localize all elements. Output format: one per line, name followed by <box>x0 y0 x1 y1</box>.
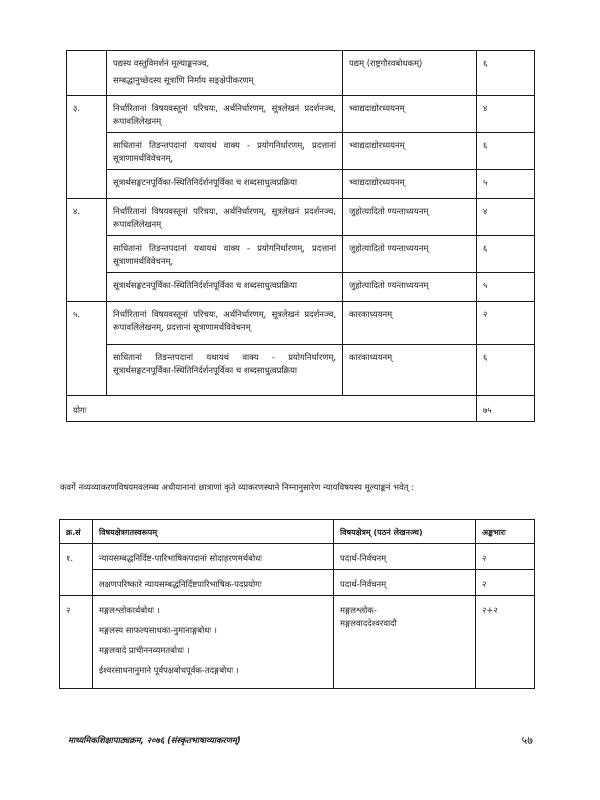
row-content: सूत्रार्थसङ्घटनपूर्विका-स्थितिनिर्दर्शनप… <box>107 273 343 302</box>
row-marks: ६ <box>477 345 535 396</box>
row-topic: भ्वाद्यदाद्योरध्ययनम् <box>343 133 477 170</box>
row-content: निर्धारितानां विषयवस्तूनां परिचयः, अर्थन… <box>107 199 343 236</box>
row-topic: जुहोत्यादितो ण्यन्ताध्ययनम् <box>343 199 477 236</box>
row-number: ४. <box>67 199 107 302</box>
row-content: साधितानां तिङन्तपदानां यथायथं वाक्य - प्… <box>107 133 343 170</box>
total-value: ७५ <box>477 396 535 422</box>
row-marks: ५ <box>477 170 535 199</box>
page-footer: माध्यमिकशिक्षापाठ्यक्रम, २०७६ (संस्कृतभा… <box>68 735 533 746</box>
row-marks: ४ <box>477 96 535 133</box>
row-content: साधितानां तिङन्तपदानां यथायथं वाक्य - प्… <box>107 236 343 273</box>
header-serial: क्र.सं <box>60 520 93 544</box>
row-topic: जुहोत्यादितो ण्यन्ताध्ययनम् <box>343 236 477 273</box>
row-topic: कारकाध्ययनम् <box>343 302 477 345</box>
table-row: साधितानां तिङन्तपदानां यथायथं वाक्य - प्… <box>67 236 535 273</box>
table-row: साधितानां तिङन्तपदानां यथायथं वाक्य - प्… <box>67 345 535 396</box>
row-marks: ६ <box>477 133 535 170</box>
nyaya-evaluation-paragraph: कवर्गे नव्यव्याकरणविषयमवलम्ब्य अधीयानाना… <box>60 480 536 495</box>
row-topic: पद्यम् (राष्ट्रगौरवबोधकम्) <box>343 51 477 96</box>
row-marks: २ <box>477 302 535 345</box>
table-row: लक्षणपरिष्कारे न्यायसम्बद्धनिर्दिष्टपारि… <box>60 570 535 596</box>
row-topic: मङ्गलश्लोक- मङ्गलवाददेश्वरवादौ <box>334 596 476 689</box>
document-page: पद्यस्य वस्तुविमर्शनं मूल्याङ्कनञ्च, सम्… <box>0 0 600 800</box>
table-row: ३. निर्धारितानां विषयवस्तूनां परिचयः, अर… <box>67 96 535 133</box>
row-content: निर्धारितानां विषयवस्तूनां परिचयः, अर्थन… <box>107 96 343 133</box>
row-topic: भ्वाद्यदाद्योरध्ययनम् <box>343 96 477 133</box>
row-content: लक्षणपरिष्कारे न्यायसम्बद्धनिर्दिष्टपारि… <box>93 570 334 596</box>
row-topic: कारकाध्ययनम् <box>343 345 477 396</box>
table-row: २ मङ्गलश्लोकार्थबोधः । मङ्गलस्य साफल्यसा… <box>60 596 535 689</box>
row-number: १. <box>60 544 93 596</box>
row-marks: २ <box>476 570 535 596</box>
row-content: साधितानां तिङन्तपदानां यथायथं वाक्य - प्… <box>107 345 343 396</box>
table-row: १. न्यायसम्बद्धनिर्दिष्ट-पारिभाषिकपदानां… <box>60 544 535 570</box>
row-content: न्यायसम्बद्धनिर्दिष्ट-पारिभाषिकपदानां सो… <box>93 544 334 570</box>
footer-title: माध्यमिकशिक्षापाठ्यक्रम, २०७६ (संस्कृतभा… <box>68 735 241 745</box>
nyaya-marks-table: क्र.सं विषयक्षेत्रगतस्वरूपम् विषयक्षेत्र… <box>59 519 535 689</box>
table-header-row: क्र.सं विषयक्षेत्रगतस्वरूपम् विषयक्षेत्र… <box>60 520 535 544</box>
row-marks: ६ <box>477 51 535 96</box>
table-row: सूत्रार्थसङ्घटनपूर्विका-स्थितिनिर्दर्शनप… <box>67 170 535 199</box>
header-content: विषयक्षेत्रगतस्वरूपम् <box>93 520 334 544</box>
row-topic: पदार्थ-निर्वचनम् <box>334 570 476 596</box>
row-marks: ५ <box>477 273 535 302</box>
row-content: पद्यस्य वस्तुविमर्शनं मूल्याङ्कनञ्च, सम्… <box>107 51 343 96</box>
table-row: ५. निर्धारितानां विषयवस्तूनां परिचयः, अर… <box>67 302 535 345</box>
row-topic: भ्वाद्यदाद्योरध्ययनम् <box>343 170 477 199</box>
row-topic: पदार्थ-निर्वचनम् <box>334 544 476 570</box>
row-marks: २ <box>476 544 535 570</box>
content-line: पद्यस्य वस्तुविमर्शनं मूल्याङ्कनञ्च, <box>113 57 336 70</box>
header-topic: विषयक्षेत्रम् (पठनं लेखनञ्च) <box>334 520 476 544</box>
row-number: ५. <box>67 302 107 396</box>
row-number: ३. <box>67 96 107 199</box>
content-line: सम्बद्धानुच्छेदस्य सूत्राणि निर्माय सङ्क… <box>113 74 336 87</box>
content-line: ईश्वरसाधनानुमाने पूर्वपक्षबोधपूर्वक-तदङ्… <box>99 664 327 677</box>
row-marks: ४ <box>477 199 535 236</box>
table-row: सूत्रार्थसङ्घटनपूर्विका-स्थितिनिर्दर्शनप… <box>67 273 535 302</box>
topic-line: मङ्गलश्लोक- <box>340 604 469 617</box>
row-marks: २+२ <box>476 596 535 689</box>
table-row: पद्यस्य वस्तुविमर्शनं मूल्याङ्कनञ्च, सम्… <box>67 51 535 96</box>
table-row: ४. निर्धारितानां विषयवस्तूनां परिचयः, अर… <box>67 199 535 236</box>
header-marks: अङ्कभारः <box>476 520 535 544</box>
page-number: ५७ <box>522 733 533 748</box>
content-line: मङ्गलस्य साफल्यसाधका-नुमानाङ्गबोधः । <box>99 624 327 637</box>
row-number: २ <box>60 596 93 689</box>
content-line: मङ्गलवादे प्राचीननव्यमतबोधः । <box>99 644 327 657</box>
marks-distribution-table: पद्यस्य वस्तुविमर्शनं मूल्याङ्कनञ्च, सम्… <box>66 50 535 422</box>
row-number <box>67 51 107 96</box>
topic-line: मङ्गलवाददेश्वरवादौ <box>340 617 469 630</box>
row-content: मङ्गलश्लोकार्थबोधः । मङ्गलस्य साफल्यसाधक… <box>93 596 334 689</box>
row-content: निर्धारितानां विषयवस्तूनां परिचयः, अर्थन… <box>107 302 343 345</box>
content-line: मङ्गलश्लोकार्थबोधः । <box>99 604 327 617</box>
row-topic: जुहोत्यादितो ण्यन्ताध्ययनम् <box>343 273 477 302</box>
row-marks: ६ <box>477 236 535 273</box>
table-row: साधितानां तिङन्तपदानां यथायथं वाक्य - प्… <box>67 133 535 170</box>
row-content: सूत्रार्थसङ्घटनपूर्विका-स्थितिनिर्दर्शनप… <box>107 170 343 199</box>
total-label: योगः <box>67 396 477 422</box>
total-row: योगः ७५ <box>67 396 535 422</box>
